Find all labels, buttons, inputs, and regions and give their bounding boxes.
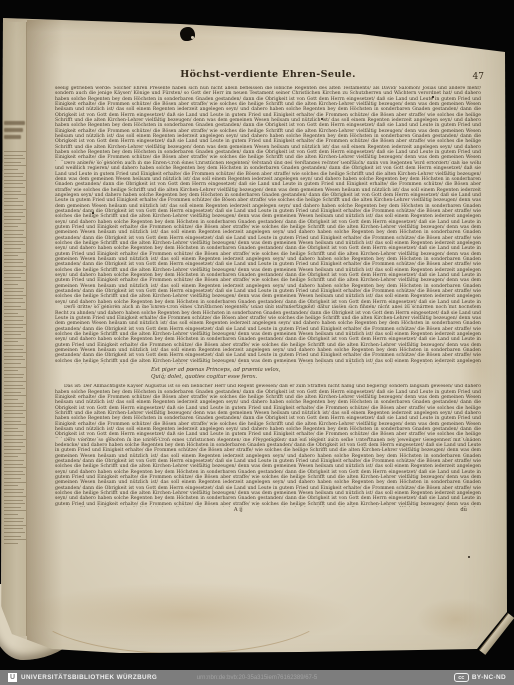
stain (30, 16, 290, 72)
facing-page-text-line (4, 428, 18, 429)
facing-page-text-line (4, 446, 25, 447)
facing-page-text-line (4, 248, 21, 249)
facing-page-text-line (4, 392, 21, 393)
facing-page-text-line (4, 298, 23, 299)
facing-page-edge (2, 22, 27, 636)
facing-page-text-line (4, 464, 23, 465)
facing-page-script-line (4, 135, 21, 139)
facing-page-text-line (4, 252, 26, 253)
body-text: seelig getrieben werde: Solcher Ehren Pr… (55, 86, 481, 515)
facing-page-script-line (4, 121, 25, 125)
facing-page-text-line (4, 237, 27, 238)
facing-page-text-line (4, 176, 23, 177)
facing-page-text-line (4, 363, 21, 364)
facing-page-text-line (4, 359, 25, 360)
facing-page-text-line (4, 352, 27, 353)
speck (468, 556, 470, 558)
facing-page-text-line (4, 183, 23, 184)
facing-page-text-line (4, 288, 24, 289)
facing-page-text-line (4, 244, 25, 245)
facing-page-text-line (4, 277, 21, 278)
facing-page-text-line (4, 521, 23, 522)
facing-page-text-line (4, 406, 23, 407)
facing-page-text-line (4, 421, 21, 422)
latin-quote-line: Est piger ad pœnas Princeps, ad præmia v… (151, 367, 481, 374)
body-paragraph: Dero Vierdte/ so gehören in die Ehren-Cr… (55, 438, 481, 508)
book-page: Höchst-verdiente Ehren-Seule. 47 seelig … (0, 0, 514, 685)
facing-page-text-line (4, 165, 26, 166)
facing-page-text-line (4, 262, 23, 263)
facing-page-text-line (4, 453, 26, 454)
library-name: UNIVERSITÄTSBIBLIOTHEK WÜRZBURG (21, 674, 157, 681)
facing-page-text-line (4, 367, 26, 368)
facing-page-text-line (4, 485, 18, 486)
facing-page-text-line (4, 496, 27, 497)
stain (30, 560, 332, 654)
facing-page-text-line (4, 460, 24, 461)
facing-page-text-line (4, 503, 25, 504)
body-paragraph: seelig getrieben werde: Solcher Ehren Pr… (55, 86, 481, 161)
stain (22, 583, 352, 647)
facing-page-text-line (4, 331, 25, 332)
facing-page-text-line (4, 234, 23, 235)
facing-page-text-line (4, 169, 18, 170)
facing-page-text-line (4, 226, 18, 227)
facing-page-text-line (4, 241, 23, 242)
facing-page-text-line (4, 162, 21, 163)
facing-page-text-line (4, 270, 23, 271)
facing-page-text-line (4, 356, 23, 357)
facing-page-text-line (4, 316, 24, 317)
facing-page-text-line (4, 471, 23, 472)
facing-page-text-line (4, 536, 21, 537)
facing-page-text-line (4, 198, 18, 199)
facing-page-text-line (4, 223, 26, 224)
facing-page-script-line (4, 128, 23, 132)
body-paragraph: Das ist: Der Allmächtigste Käyser August… (55, 384, 481, 438)
signature-mark: A ij (234, 508, 243, 513)
ink-blot (180, 27, 195, 41)
facing-page-text-line (4, 309, 26, 310)
facing-page-text-line (4, 528, 23, 529)
facing-page-text-line (4, 489, 24, 490)
facing-page-text-line (4, 151, 27, 152)
facing-page-text-line (4, 482, 26, 483)
library-branding: U UNIVERSITÄTSBIBLIOTHEK WÜRZBURG (8, 673, 157, 682)
facing-page-text-line (4, 259, 24, 260)
facing-page-text-line (4, 374, 24, 375)
facing-page-text-line (4, 173, 24, 174)
creative-commons-icon: cc (454, 673, 469, 682)
facing-page-text-line (4, 370, 18, 371)
license-label: BY-NC-ND (472, 674, 506, 681)
facing-page-text-line (4, 467, 27, 468)
license-badge: cc BY-NC-ND (454, 673, 506, 682)
facing-page-text-line (4, 219, 21, 220)
facing-page-text-line (4, 345, 24, 346)
signature-line: A ijdu (55, 508, 481, 515)
facing-page-text-line (4, 155, 23, 156)
header-title: Höchst-verdiente Ehren-Seule. (180, 69, 356, 80)
facing-page-text-line (4, 377, 23, 378)
facing-page-text-line (4, 291, 23, 292)
facing-page-text-line (4, 201, 24, 202)
facing-page-text-line (4, 518, 24, 519)
facing-page-text-line (4, 302, 25, 303)
facing-page-text-line (4, 395, 26, 396)
facing-page-text-line (4, 510, 26, 511)
facing-page-text-line (4, 194, 26, 195)
facing-page-text-line (4, 180, 27, 181)
latin-quote: Est piger ad pœnas Princeps, ad præmia v… (151, 367, 481, 381)
facing-page-text-line (4, 539, 26, 540)
stain (330, 22, 480, 62)
facing-page-text-line (4, 209, 27, 210)
facing-page-text-line (4, 295, 27, 296)
facing-page-text-line (4, 403, 24, 404)
body-paragraph: Dero dritte/ so gehören auch in die Ehre… (55, 305, 481, 364)
facing-page-text-line (4, 341, 18, 342)
facing-page-text-line (4, 320, 23, 321)
facing-page-text-line (4, 410, 27, 411)
body-paragraph: Dero andere/ so gehören auch in die Ehre… (55, 161, 481, 305)
stain (416, 598, 496, 640)
facing-page-text-line (4, 500, 23, 501)
scan-viewport: Höchst-verdiente Ehren-Seule. 47 seelig … (0, 0, 514, 685)
facing-page-text-line (4, 388, 25, 389)
page-number: 47 (473, 72, 484, 82)
facing-page-text-line (4, 306, 21, 307)
latin-quote-line: Quiq́; dolet, quoties cogitur esse ferox… (151, 374, 481, 381)
facing-page-text-line (4, 413, 23, 414)
facing-page-text-line (4, 449, 21, 450)
facing-page-text-line (4, 478, 21, 479)
facing-page-text-line (4, 456, 18, 457)
facing-page-text-line (4, 280, 26, 281)
urn-text: urn:nbn:de:bvb:20-35a315iem76162389/67-5 (197, 675, 317, 681)
footer-bar: U UNIVERSITÄTSBIBLIOTHEK WÜRZBURG urn:nb… (0, 670, 514, 685)
facing-page-text-line (4, 474, 25, 475)
facing-page-text-line (4, 399, 18, 400)
facing-page-text-line (4, 255, 18, 256)
facing-page-text-line (4, 216, 25, 217)
facing-page-text-line (4, 205, 23, 206)
facing-page-text-line (4, 507, 21, 508)
facing-page-text-line (4, 381, 27, 382)
facing-page-text-line (4, 525, 27, 526)
facing-page-text-line (4, 313, 18, 314)
facing-page-text-line (4, 158, 25, 159)
facing-page-text-line (4, 543, 18, 544)
facing-page-text-line (4, 273, 25, 274)
facing-page-text-line (4, 417, 25, 418)
facing-page-text-line (4, 324, 27, 325)
facing-page-text-line (4, 266, 27, 267)
facing-page-text-line (4, 212, 23, 213)
library-logo-icon: U (8, 673, 17, 682)
facing-page-text-line (4, 435, 23, 436)
facing-page-text-line (4, 514, 18, 515)
catchword: du (460, 508, 467, 513)
facing-page-text-line (4, 442, 23, 443)
facing-page-text-line (4, 532, 25, 533)
facing-page-text-line (4, 338, 26, 339)
facing-page-text-line (4, 349, 23, 350)
facing-page-text-line (4, 191, 21, 192)
running-header: Höchst-verdiente Ehren-Seule. 47 (55, 69, 481, 80)
facing-page-text-line (4, 187, 25, 188)
facing-page-text-line (4, 424, 26, 425)
facing-page-text-line (4, 327, 23, 328)
facing-page-text-line (4, 284, 18, 285)
facing-page-text-line (4, 385, 23, 386)
facing-page-text-line (4, 492, 23, 493)
facing-page-text-line (4, 334, 21, 335)
facing-page-text-line (4, 439, 27, 440)
facing-page-text-line (4, 431, 24, 432)
facing-page-text-line (4, 230, 24, 231)
